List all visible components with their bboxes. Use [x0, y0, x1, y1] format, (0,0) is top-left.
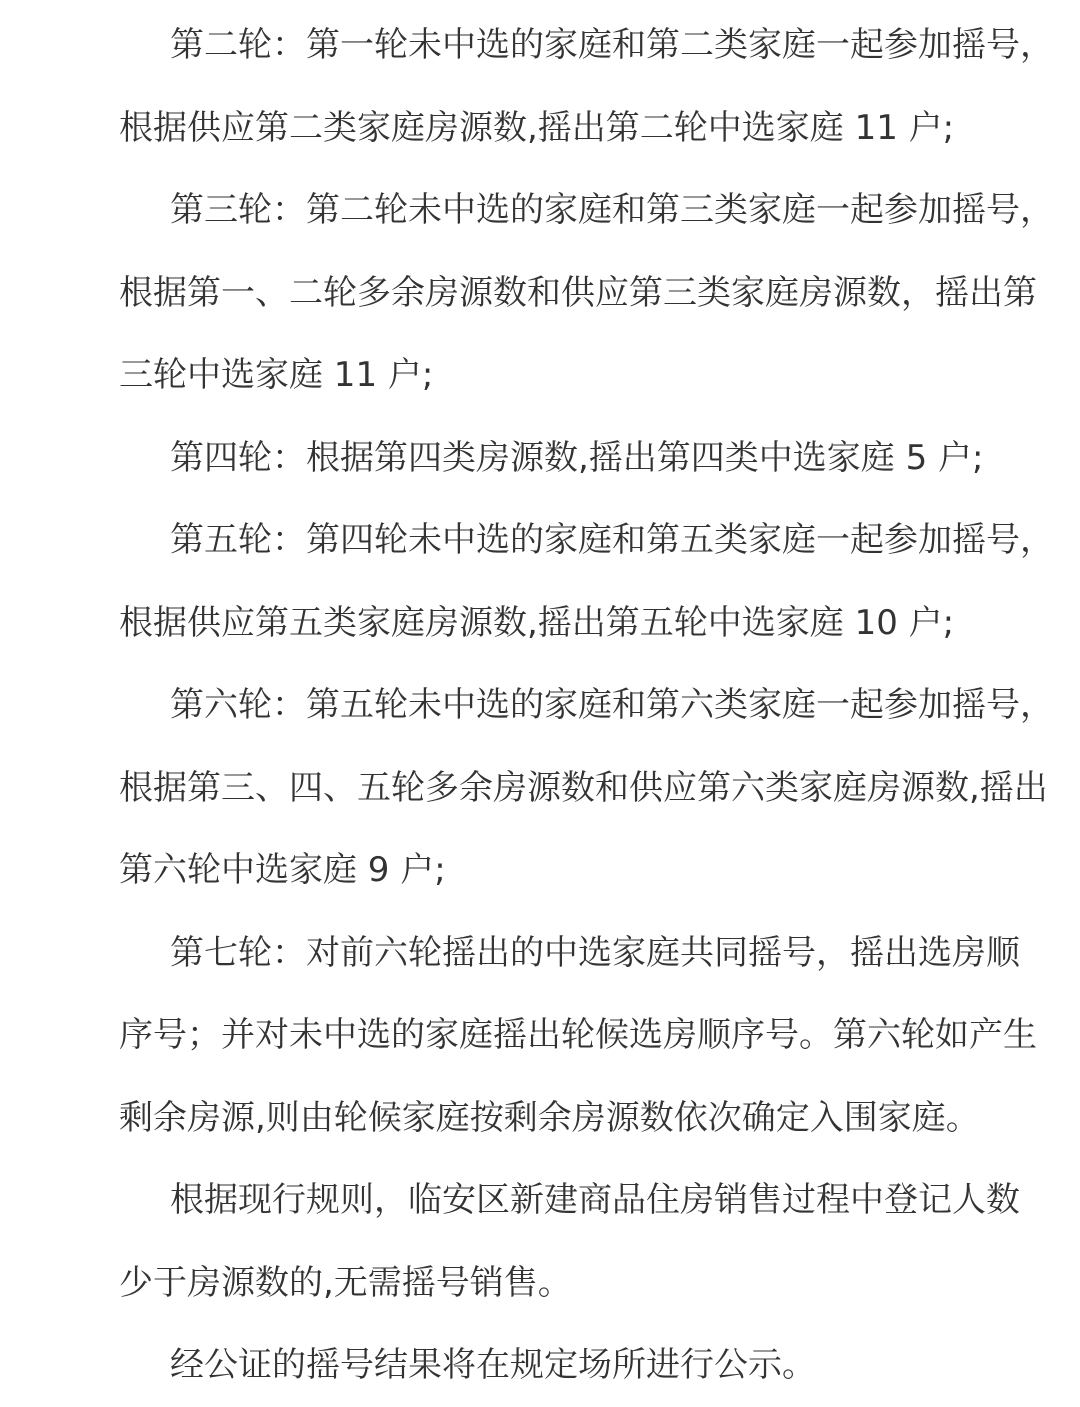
text-line: 第七轮：对前六轮摇出的中选家庭共同摇号，摇出选房顺: [68, 912, 1030, 995]
paragraph-round-7: 第七轮：对前六轮摇出的中选家庭共同摇号，摇出选房顺 序号；并对未中选的家庭摇出轮…: [68, 912, 1030, 1160]
text-line: 根据第三、四、五轮多余房源数和供应第六类家庭房源数,摇出: [68, 747, 1030, 830]
text-line: 第三轮：第二轮未中选的家庭和第三类家庭一起参加摇号，: [68, 169, 1030, 252]
paragraph-rule-note: 根据现行规则，临安区新建商品住房销售过程中登记人数 少于房源数的,无需摇号销售。: [68, 1159, 1030, 1324]
text-line: 第四轮：根据第四类房源数,摇出第四类中选家庭 5 户;: [68, 417, 1030, 500]
paragraph-round-2: 第二轮：第一轮未中选的家庭和第二类家庭一起参加摇号， 根据供应第二类家庭房源数,…: [68, 4, 1030, 169]
text-line: 根据供应第二类家庭房源数,摇出第二轮中选家庭 11 户;: [68, 87, 1030, 170]
text-line: 根据第一、二轮多余房源数和供应第三类家庭房源数，摇出第: [68, 252, 1030, 335]
text-line: 第六轮中选家庭 9 户;: [68, 829, 1030, 912]
text-line: 经公证的摇号结果将在规定场所进行公示。: [68, 1324, 1030, 1407]
text-line: 第五轮：第四轮未中选的家庭和第五类家庭一起参加摇号，: [68, 499, 1030, 582]
text-line: 根据现行规则，临安区新建商品住房销售过程中登记人数: [68, 1159, 1030, 1242]
article-body: 第二轮：第一轮未中选的家庭和第二类家庭一起参加摇号， 根据供应第二类家庭房源数,…: [68, 4, 1030, 1407]
text-line: 第六轮：第五轮未中选的家庭和第六类家庭一起参加摇号，: [68, 664, 1030, 747]
text-line: 序号；并对未中选的家庭摇出轮候选房顺序号。第六轮如产生: [68, 994, 1030, 1077]
paragraph-round-6: 第六轮：第五轮未中选的家庭和第六类家庭一起参加摇号， 根据第三、四、五轮多余房源…: [68, 664, 1030, 912]
paragraph-publicity-note: 经公证的摇号结果将在规定场所进行公示。: [68, 1324, 1030, 1407]
text-line: 根据供应第五类家庭房源数,摇出第五轮中选家庭 10 户;: [68, 582, 1030, 665]
text-line: 三轮中选家庭 11 户;: [68, 334, 1030, 417]
paragraph-round-4: 第四轮：根据第四类房源数,摇出第四类中选家庭 5 户;: [68, 417, 1030, 500]
paragraph-round-5: 第五轮：第四轮未中选的家庭和第五类家庭一起参加摇号， 根据供应第五类家庭房源数,…: [68, 499, 1030, 664]
text-line: 第二轮：第一轮未中选的家庭和第二类家庭一起参加摇号，: [68, 4, 1030, 87]
paragraph-round-3: 第三轮：第二轮未中选的家庭和第三类家庭一起参加摇号， 根据第一、二轮多余房源数和…: [68, 169, 1030, 417]
text-line: 剩余房源,则由轮候家庭按剩余房源数依次确定入围家庭。: [68, 1077, 1030, 1160]
text-line: 少于房源数的,无需摇号销售。: [68, 1242, 1030, 1325]
